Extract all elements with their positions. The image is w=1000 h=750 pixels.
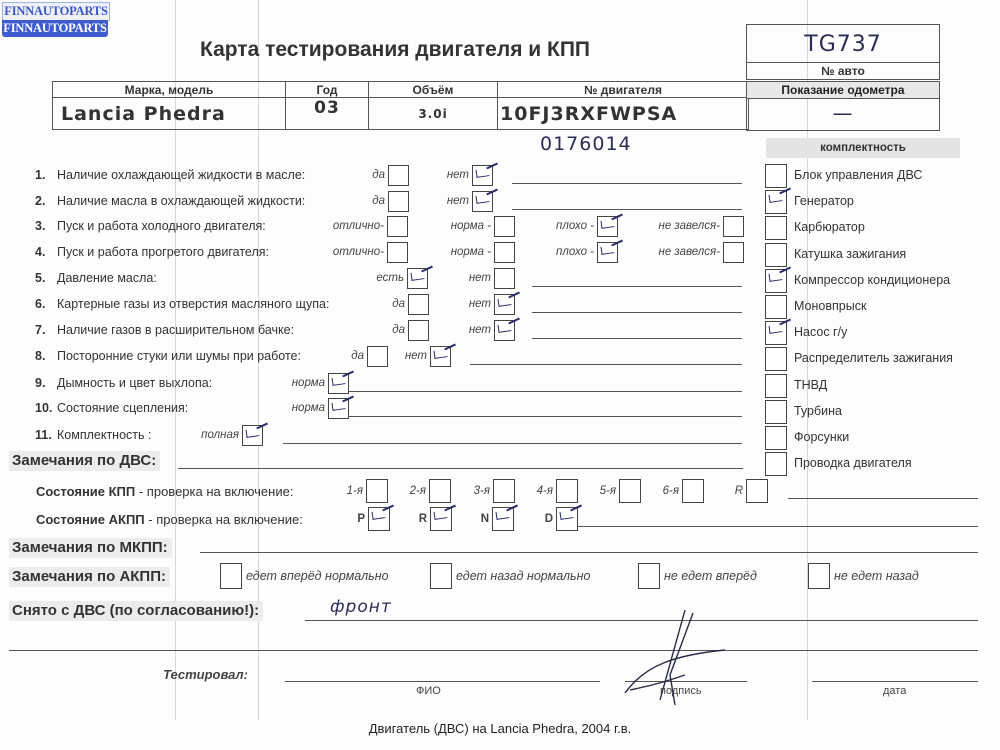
option-checkbox[interactable] (723, 216, 744, 237)
question-number: 6. (35, 297, 57, 311)
akpp-remark-label: едет вперёд нормально (246, 569, 389, 583)
odometer-box: Показание одометра — (746, 81, 940, 131)
komplektnost-checkbox[interactable] (765, 321, 787, 345)
engine-number-value[interactable]: 10FJ3RXFWPSA (498, 98, 749, 130)
remarks-akpp-label: Замечания по АКПП: (9, 567, 170, 587)
option-checkbox[interactable] (723, 242, 744, 263)
question-label: 9.Дымность и цвет выхлопа: (35, 376, 212, 390)
question-number: 2. (35, 194, 57, 208)
komplektnost-item: Проводка двигателя (794, 456, 912, 470)
option-label: норма - (404, 220, 491, 232)
question-text: Состояние сцепления: (57, 401, 188, 415)
kpp-remarks-line[interactable] (788, 498, 978, 499)
option-label: да (298, 169, 385, 181)
komplektnost-checkbox[interactable] (765, 347, 787, 371)
notes-line[interactable] (532, 312, 742, 313)
option-label: полная (152, 429, 239, 441)
komplektnost-item: Моновпрыск (794, 299, 866, 313)
question-text: Дымность и цвет выхлопа: (57, 376, 212, 390)
caption: Двигатель (ДВС) на Lancia Phedra, 2004 г… (0, 721, 1000, 736)
gear-label: 1-я (306, 485, 363, 497)
komplektnost-item: Катушка зажигания (794, 247, 906, 261)
col-header: Объём (369, 82, 498, 98)
komplektnost-item: Блок управления ДВС (794, 168, 922, 182)
komplektnost-item: Карбюратор (794, 220, 865, 234)
model-value[interactable]: Lancia Phedra (53, 98, 286, 130)
fio-line[interactable] (285, 681, 600, 682)
remarks-dvs-line[interactable] (178, 468, 743, 469)
notes-line[interactable] (532, 338, 742, 339)
question-label: 10.Состояние сцепления: (35, 401, 188, 415)
komplektnost-item: Турбина (794, 404, 842, 418)
akpp-remark-checkbox[interactable] (430, 563, 452, 589)
option-checkbox[interactable] (494, 320, 515, 341)
question-text: Посторонние стуки или шумы при работе: (57, 349, 301, 363)
question-text: Комплектность : (57, 428, 151, 442)
notes-line[interactable] (512, 183, 742, 184)
option-label: отлично- (297, 246, 384, 258)
option-label: плохо - (507, 246, 594, 258)
akpp-mode-label: P (328, 513, 365, 525)
option-label: отлично- (297, 220, 384, 232)
gear-label: 4-я (496, 485, 553, 497)
komplektnost-checkbox[interactable] (765, 269, 787, 293)
komplektnost-item: Форсунки (794, 430, 849, 444)
engine-number-line2: 0176014 (540, 133, 632, 155)
notes-line[interactable] (532, 286, 742, 287)
remarks-mkpp-label: Замечания по МКПП: (9, 538, 172, 558)
option-label: плохо - (507, 220, 594, 232)
question-label: 3.Пуск и работа холодного двигателя: (35, 219, 266, 233)
question-label: 5.Давление масла: (35, 271, 157, 285)
option-checkbox[interactable] (494, 294, 515, 315)
vehicle-info-table: Марка, модель Год Объём № двигателя Lanc… (52, 81, 749, 130)
option-label: нет (404, 298, 491, 310)
option-label: норма (238, 377, 325, 389)
option-checkbox[interactable] (472, 191, 493, 212)
question-number: 9. (35, 376, 57, 390)
akpp-mode-checkbox[interactable] (430, 507, 452, 531)
question-text: Пуск и работа холодного двигателя: (57, 219, 266, 233)
option-label: не завелся- (633, 246, 720, 258)
notes-line[interactable] (512, 209, 742, 210)
option-checkbox[interactable] (430, 346, 451, 367)
akpp-remark-label: не едет вперёд (664, 569, 757, 583)
question-label: 1.Наличие охлаждающей жидкости в масле: (35, 168, 305, 182)
removed-label: Снято с ДВС (по согласованию!): (9, 601, 263, 621)
akpp-remark-checkbox[interactable] (220, 563, 242, 589)
col-header: № двигателя (498, 82, 749, 98)
date-line[interactable] (812, 681, 978, 682)
akpp-mode-label: N (452, 513, 489, 525)
akpp-remark-checkbox[interactable] (638, 563, 660, 589)
watermark-logo: FINNAUTOPARTS (2, 2, 110, 21)
gear-label: 3-я (433, 485, 490, 497)
komplektnost-item: Компрессор кондиционера (794, 273, 950, 287)
option-label: нет (404, 272, 491, 284)
fio-label: ФИО (416, 685, 441, 697)
akpp-label: Состояние АКПП - проверка на включение: (36, 512, 303, 527)
komplektnost-checkbox[interactable] (765, 243, 787, 267)
question-text: Наличие масла в охлаждающей жидкости: (57, 194, 305, 208)
komplektnost-checkbox[interactable] (765, 190, 787, 214)
akpp-mode-checkbox[interactable] (368, 507, 390, 531)
col-header: Марка, модель (53, 82, 286, 98)
page-title: Карта тестирования двигателя и КПП (200, 38, 590, 62)
akpp-mode-checkbox[interactable] (492, 507, 514, 531)
kpp-label-bold: Состояние КПП (36, 484, 135, 499)
komplektnost-header: комплектность (766, 138, 960, 158)
akpp-remark-label: не едет назад (834, 569, 919, 583)
year-value[interactable]: 03 (286, 98, 369, 130)
question-label: 4.Пуск и работа прогретого двигателя: (35, 245, 269, 259)
akpp-mode-label: D (516, 513, 553, 525)
odometer-label: Показание одометра (747, 81, 939, 99)
question-label: 11.Комплектность : (35, 428, 151, 442)
akpp-remarks-line[interactable] (572, 526, 978, 527)
question-number: 3. (35, 219, 57, 233)
option-label: да (318, 324, 405, 336)
option-label: нет (340, 350, 427, 362)
kpp-label-rest: - проверка на включение: (135, 484, 293, 499)
plate-value[interactable]: TG737 (747, 25, 939, 63)
option-label: да (318, 298, 405, 310)
akpp-label-bold: Состояние АКПП (36, 512, 145, 527)
akpp-label-rest: - проверка на включение: (145, 512, 303, 527)
removed-line-2[interactable] (9, 650, 978, 651)
gear-label: 6-я (622, 485, 679, 497)
option-checkbox[interactable] (242, 425, 263, 446)
option-label: нет (382, 169, 469, 181)
question-number: 8. (35, 349, 57, 363)
watermark-logo: FINNAUTOPARTS (2, 20, 108, 37)
akpp-mode-label: R (390, 513, 427, 525)
question-number: 4. (35, 245, 57, 259)
komplektnost-checkbox[interactable] (765, 164, 787, 188)
gear-checkbox[interactable] (746, 479, 768, 503)
option-checkbox[interactable] (328, 373, 349, 394)
option-label: нет (382, 195, 469, 207)
komplektnost-item: ТНВД (794, 378, 827, 392)
col-header: Год (286, 82, 369, 98)
question-label: 7.Наличие газов в расширительном бачке: (35, 323, 294, 337)
option-label: норма (238, 402, 325, 414)
akpp-mode-checkbox[interactable] (556, 507, 578, 531)
komplektnost-checkbox[interactable] (765, 295, 787, 319)
komplektnost-checkbox[interactable] (765, 426, 787, 450)
auto-number-box: TG737 № авто (746, 24, 940, 80)
kpp-label: Состояние КПП - проверка на включение: (36, 484, 293, 499)
option-label: да (298, 195, 385, 207)
notes-line[interactable] (348, 416, 742, 417)
question-label: 6.Картерные газы из отверстия масляного … (35, 297, 329, 311)
question-text: Пуск и работа прогретого двигателя: (57, 245, 269, 259)
komplektnost-checkbox[interactable] (765, 400, 787, 424)
question-text: Давление масла: (57, 271, 157, 285)
option-label: норма - (404, 246, 491, 258)
plate-label: № авто (747, 63, 939, 79)
option-label: есть (317, 272, 404, 284)
option-checkbox[interactable] (597, 216, 618, 237)
question-text: Картерные газы из отверстия масляного щу… (57, 297, 329, 311)
komplektnost-checkbox[interactable] (765, 216, 787, 240)
removed-value[interactable]: фронт (330, 597, 392, 617)
option-checkbox[interactable] (328, 398, 349, 419)
signature-icon (615, 605, 735, 710)
volume-value[interactable]: 3.0i (369, 98, 498, 130)
option-checkbox[interactable] (597, 242, 618, 263)
question-number: 11. (35, 428, 57, 442)
option-checkbox[interactable] (494, 268, 515, 289)
question-number: 1. (35, 168, 57, 182)
date-label: дата (883, 685, 906, 697)
notes-line[interactable] (470, 364, 742, 365)
odometer-value[interactable]: — (747, 99, 939, 130)
option-label: не завелся- (633, 220, 720, 232)
question-number: 7. (35, 323, 57, 337)
question-label: 2.Наличие масла в охлаждающей жидкости: (35, 194, 305, 208)
komplektnost-item: Насос г/у (794, 325, 847, 339)
remarks-mkpp-line[interactable] (200, 552, 978, 553)
komplektnost-checkbox[interactable] (765, 452, 787, 476)
gear-label: R (686, 485, 743, 497)
question-number: 5. (35, 271, 57, 285)
remarks-dvs-label: Замечания по ДВС: (9, 451, 160, 471)
tested-label: Тестировал: (163, 667, 248, 682)
notes-line[interactable] (283, 443, 742, 444)
komplektnost-item: Генератор (794, 194, 854, 208)
notes-line[interactable] (348, 391, 742, 392)
komplektnost-item: Распределитель зажигания (794, 351, 953, 365)
gear-label: 5-я (559, 485, 616, 497)
question-text: Наличие охлаждающей жидкости в масле: (57, 168, 305, 182)
question-label: 8.Посторонние стуки или шумы при работе: (35, 349, 301, 363)
akpp-remark-checkbox[interactable] (808, 563, 830, 589)
option-checkbox[interactable] (472, 165, 493, 186)
option-label: нет (404, 324, 491, 336)
akpp-remark-label: едет назад нормально (456, 569, 590, 583)
question-text: Наличие газов в расширительном бачке: (57, 323, 294, 337)
gear-label: 2-я (369, 485, 426, 497)
komplektnost-checkbox[interactable] (765, 374, 787, 398)
question-number: 10. (35, 401, 57, 415)
